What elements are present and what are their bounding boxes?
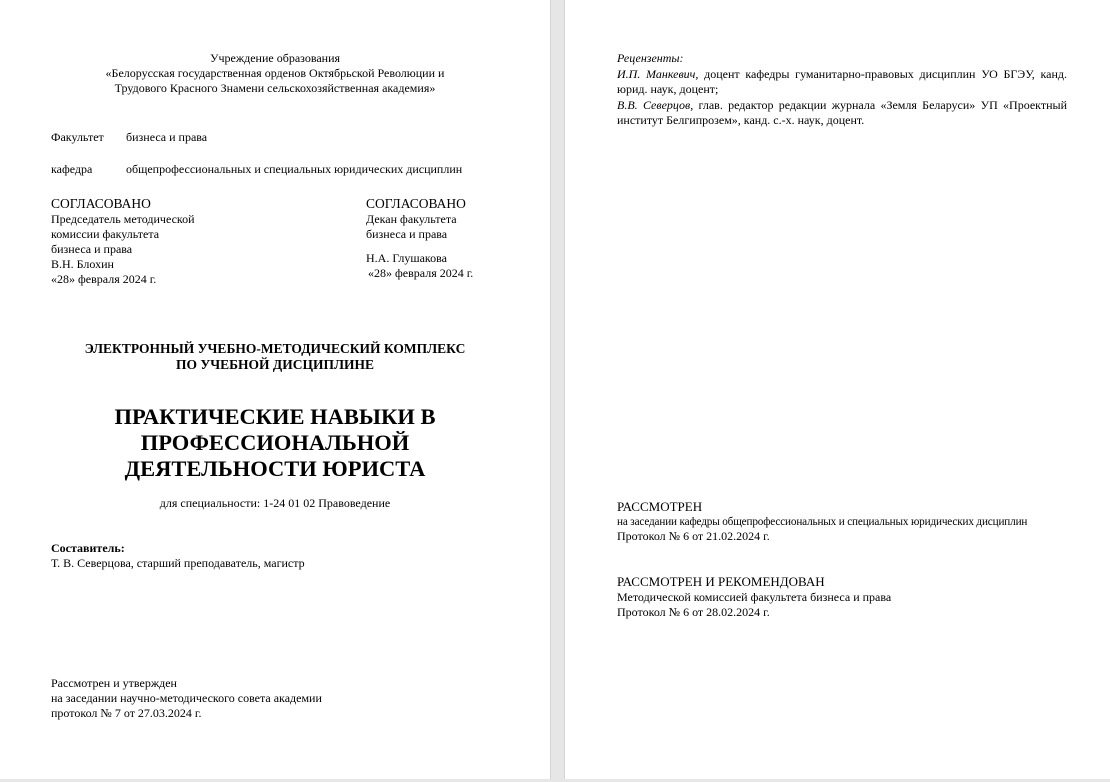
reviewer-1-name: И.П. Манкевич, xyxy=(617,67,698,81)
faculty-value: бизнеса и права xyxy=(126,130,207,145)
department-row: кафедра общепрофессиональных и специальн… xyxy=(51,162,462,177)
approval-left-signer: В.Н. Блохин xyxy=(51,257,291,272)
faculty-label: Факультет xyxy=(51,130,126,145)
approval-right-line: Декан факультета xyxy=(366,212,536,227)
umk-title: ЭЛЕКТРОННЫЙ УЧЕБНО-МЕТОДИЧЕСКИЙ КОМПЛЕКС… xyxy=(40,341,510,373)
approval-right-spacer xyxy=(366,242,536,251)
approval-right-signer: Н.А. Глушакова xyxy=(366,251,536,266)
document-viewer[interactable]: Учреждение образования «Белорусская госу… xyxy=(0,0,1110,782)
approval-right-line: бизнеса и права xyxy=(366,227,536,242)
approval-left-block: СОГЛАСОВАНО Председатель методической ко… xyxy=(51,196,291,287)
institution-block: Учреждение образования «Белорусская госу… xyxy=(40,51,510,96)
page-reverse-sheet: Рецензенты: И.П. Манкевич, доцент кафедр… xyxy=(564,0,1110,779)
faculty-row: Факультет бизнеса и права xyxy=(51,130,207,145)
department-label: кафедра xyxy=(51,162,126,177)
recommended-heading: РАССМОТРЕН И РЕКОМЕНДОВАН xyxy=(617,574,1077,590)
approved-line-3: протокол № 7 от 27.03.2024 г. xyxy=(51,706,451,721)
recommended-block: РАССМОТРЕН И РЕКОМЕНДОВАН Методической к… xyxy=(617,574,1077,620)
discipline-title-line-1: ПРАКТИЧЕСКИЕ НАВЫКИ В xyxy=(40,404,510,430)
compiler-value: Т. В. Северцова, старший преподаватель, … xyxy=(51,556,451,571)
approval-left-line: комиссии факультета xyxy=(51,227,291,242)
reviewed-block: РАССМОТРЕН на заседании кафедры общепроф… xyxy=(617,499,1077,544)
reviewed-body: на заседании кафедры общепрофессиональны… xyxy=(617,515,1077,529)
discipline-title: ПРАКТИЧЕСКИЕ НАВЫКИ В ПРОФЕССИОНАЛЬНОЙ Д… xyxy=(40,404,510,482)
approval-right-date: «28» февраля 2024 г. xyxy=(366,266,536,281)
discipline-title-line-2: ПРОФЕССИОНАЛЬНОЙ xyxy=(40,430,510,456)
compiler-label: Составитель: xyxy=(51,541,451,556)
reviewer-2-name: В.В. Северцов, xyxy=(617,98,693,112)
institution-line-1: Учреждение образования xyxy=(40,51,510,66)
approved-line-1: Рассмотрен и утвержден xyxy=(51,676,451,691)
reviewer-1: И.П. Манкевич, доцент кафедры гуманитарн… xyxy=(617,67,1067,98)
recommended-body: Методической комиссией факультета бизнес… xyxy=(617,590,1077,605)
approval-left-heading: СОГЛАСОВАНО xyxy=(51,196,291,212)
reviewer-2: В.В. Северцов, глав. редактор редакции ж… xyxy=(617,98,1067,129)
approval-left-date: «28» февраля 2024 г. xyxy=(51,272,291,287)
institution-line-2: «Белорусская государственная орденов Окт… xyxy=(40,66,510,81)
reviewed-protocol: Протокол № 6 от 21.02.2024 г. xyxy=(617,529,1077,544)
approval-left-line: бизнеса и права xyxy=(51,242,291,257)
department-value: общепрофессиональных и специальных юриди… xyxy=(126,162,462,177)
approved-line-2: на заседании научно-методического совета… xyxy=(51,691,451,706)
approval-right-block: СОГЛАСОВАНО Декан факультета бизнеса и п… xyxy=(366,196,536,281)
approved-block: Рассмотрен и утвержден на заседании науч… xyxy=(51,676,451,721)
discipline-title-line-3: ДЕЯТЕЛЬНОСТИ ЮРИСТА xyxy=(40,456,510,482)
approval-right-heading: СОГЛАСОВАНО xyxy=(366,196,536,212)
reviewers-heading: Рецензенты: xyxy=(617,51,1067,67)
compiler-block: Составитель: Т. В. Северцова, старший пр… xyxy=(51,541,451,571)
institution-line-3: Трудового Красного Знамени сельскохозяйс… xyxy=(40,81,510,96)
recommended-protocol: Протокол № 6 от 28.02.2024 г. xyxy=(617,605,1077,620)
page-title-sheet: Учреждение образования «Белорусская госу… xyxy=(0,0,551,779)
specialty-line: для специальности: 1-24 01 02 Правоведен… xyxy=(40,496,510,511)
umk-title-line-2: ПО УЧЕБНОЙ ДИСЦИПЛИНЕ xyxy=(40,357,510,373)
umk-title-line-1: ЭЛЕКТРОННЫЙ УЧЕБНО-МЕТОДИЧЕСКИЙ КОМПЛЕКС xyxy=(40,341,510,357)
reviewers-block: Рецензенты: И.П. Манкевич, доцент кафедр… xyxy=(617,51,1067,129)
approval-left-line: Председатель методической xyxy=(51,212,291,227)
reviewed-heading: РАССМОТРЕН xyxy=(617,499,1077,515)
